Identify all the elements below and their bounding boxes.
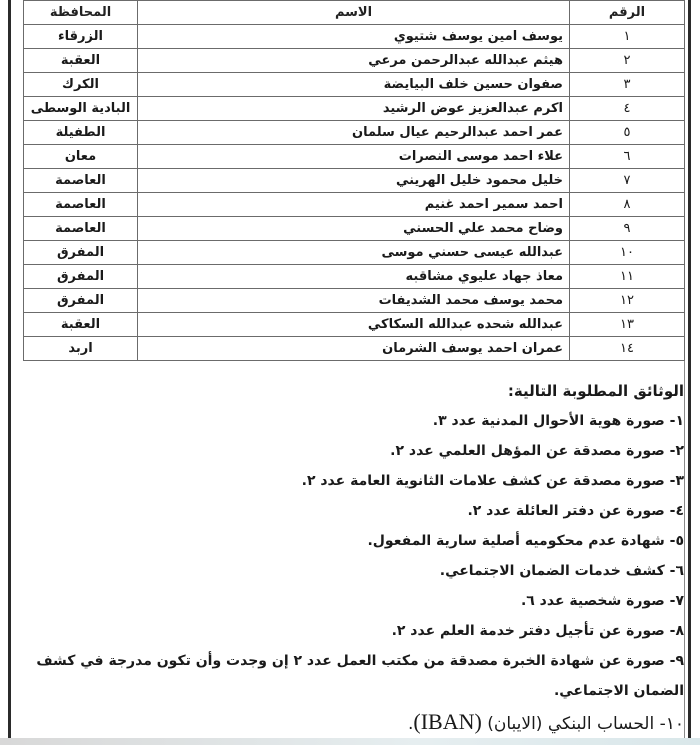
iban-item-text: ١٠- الحساب البنكي (الايبان) [482, 714, 684, 734]
row-number: ٧ [570, 169, 685, 193]
table-row: ٦علاء احمد موسى النصراتمعان [24, 145, 685, 169]
row-number: ٦ [570, 145, 685, 169]
page-bottom-edge [0, 738, 700, 745]
row-number: ٨ [570, 193, 685, 217]
row-name: عبدالله شحده عبدالله السكاكي [138, 313, 570, 337]
table-header-row: الرقم الاسم المحافظة [24, 1, 685, 25]
document-item: ٦- كشف خدمات الضمان الاجتماعي. [14, 556, 684, 586]
row-name: عمران احمد يوسف الشرمان [138, 337, 570, 361]
row-number: ٣ [570, 73, 685, 97]
row-governorate: الكرك [24, 73, 138, 97]
row-governorate: المفرق [24, 241, 138, 265]
row-number: ٢ [570, 49, 685, 73]
row-number: ١٤ [570, 337, 685, 361]
row-governorate: الزرقاء [24, 25, 138, 49]
page-frame-right-border [688, 0, 691, 738]
table-row: ١٤عمران احمد يوسف الشرماناربد [24, 337, 685, 361]
table-row: ٨احمد سمير احمد غنيمالعاصمة [24, 193, 685, 217]
row-number: ١٠ [570, 241, 685, 265]
row-governorate: البادية الوسطى [24, 97, 138, 121]
table-row: ٢هيثم عبدالله عبدالرحمن مرعيالعقبة [24, 49, 685, 73]
row-governorate: العقبة [24, 49, 138, 73]
document-item-iban: ١٠- الحساب البنكي (الايبان) (IBAN). [14, 706, 684, 738]
document-item: ٨- صورة عن تأجيل دفتر خدمة العلم عدد ٢. [14, 616, 684, 646]
required-documents-heading: الوثائق المطلوبة التالية: [14, 376, 684, 406]
row-name: علاء احمد موسى النصرات [138, 145, 570, 169]
row-name: صفوان حسين خلف البيايضة [138, 73, 570, 97]
header-governorate: المحافظة [24, 1, 138, 25]
document-item: ١- صورة هوية الأحوال المدنية عدد ٣. [14, 406, 684, 436]
row-number: ٩ [570, 217, 685, 241]
table-row: ٤اكرم عبدالعزيز عوض الرشيدالبادية الوسطى [24, 97, 685, 121]
document-item: ٥- شهادة عدم محكوميه أصلية سارية المفعول… [14, 526, 684, 556]
row-governorate: العاصمة [24, 217, 138, 241]
table-row: ١يوسف امين يوسف شتيويالزرقاء [24, 25, 685, 49]
table-row: ٩وضاح محمد علي الحسنيالعاصمة [24, 217, 685, 241]
row-name: يوسف امين يوسف شتيوي [138, 25, 570, 49]
row-governorate: العاصمة [24, 193, 138, 217]
row-governorate: المفرق [24, 265, 138, 289]
table-row: ١١معاذ جهاد عليوي مشاقبهالمفرق [24, 265, 685, 289]
document-item: ٢- صورة مصدقة عن المؤهل العلمي عدد ٢. [14, 436, 684, 466]
header-name: الاسم [138, 1, 570, 25]
row-name: عمر احمد عبدالرحيم عيال سلمان [138, 121, 570, 145]
table-row: ١٢محمد يوسف محمد الشديفاتالمفرق [24, 289, 685, 313]
row-name: احمد سمير احمد غنيم [138, 193, 570, 217]
row-number: ١٣ [570, 313, 685, 337]
row-name: هيثم عبدالله عبدالرحمن مرعي [138, 49, 570, 73]
table-row: ٥عمر احمد عبدالرحيم عيال سلمانالطفيلة [24, 121, 685, 145]
row-number: ١٢ [570, 289, 685, 313]
iban-latin-label: (IBAN) [413, 709, 481, 734]
row-name: خليل محمود خليل الهريني [138, 169, 570, 193]
row-governorate: العاصمة [24, 169, 138, 193]
document-item: ٤- صورة عن دفتر العائلة عدد ٢. [14, 496, 684, 526]
header-number: الرقم [570, 1, 685, 25]
row-number: ١١ [570, 265, 685, 289]
row-name: معاذ جهاد عليوي مشاقبه [138, 265, 570, 289]
row-name: وضاح محمد علي الحسني [138, 217, 570, 241]
document-item: ٣- صورة مصدقة عن كشف علامات الثانوية الع… [14, 466, 684, 496]
row-number: ١ [570, 25, 685, 49]
row-governorate: معان [24, 145, 138, 169]
required-documents-section: الوثائق المطلوبة التالية: ١- صورة هوية ا… [14, 376, 684, 738]
document-item: ٧- صورة شخصية عدد ٦. [14, 586, 684, 616]
row-number: ٤ [570, 97, 685, 121]
page-frame-left-border [8, 0, 11, 738]
row-governorate: العقبة [24, 313, 138, 337]
row-governorate: الطفيلة [24, 121, 138, 145]
candidates-table: الرقم الاسم المحافظة ١يوسف امين يوسف شتي… [23, 0, 685, 361]
table-row: ٣صفوان حسين خلف البيايضةالكرك [24, 73, 685, 97]
table-row: ١٣عبدالله شحده عبدالله السكاكيالعقبة [24, 313, 685, 337]
row-name: اكرم عبدالعزيز عوض الرشيد [138, 97, 570, 121]
row-governorate: المفرق [24, 289, 138, 313]
row-number: ٥ [570, 121, 685, 145]
table-row: ١٠عبدالله عيسى حسني موسىالمفرق [24, 241, 685, 265]
document-item: ٩- صورة عن شهادة الخبرة مصدقة من مكتب ال… [14, 646, 684, 706]
row-name: محمد يوسف محمد الشديفات [138, 289, 570, 313]
row-governorate: اربد [24, 337, 138, 361]
row-name: عبدالله عيسى حسني موسى [138, 241, 570, 265]
table-row: ٧خليل محمود خليل الهرينيالعاصمة [24, 169, 685, 193]
